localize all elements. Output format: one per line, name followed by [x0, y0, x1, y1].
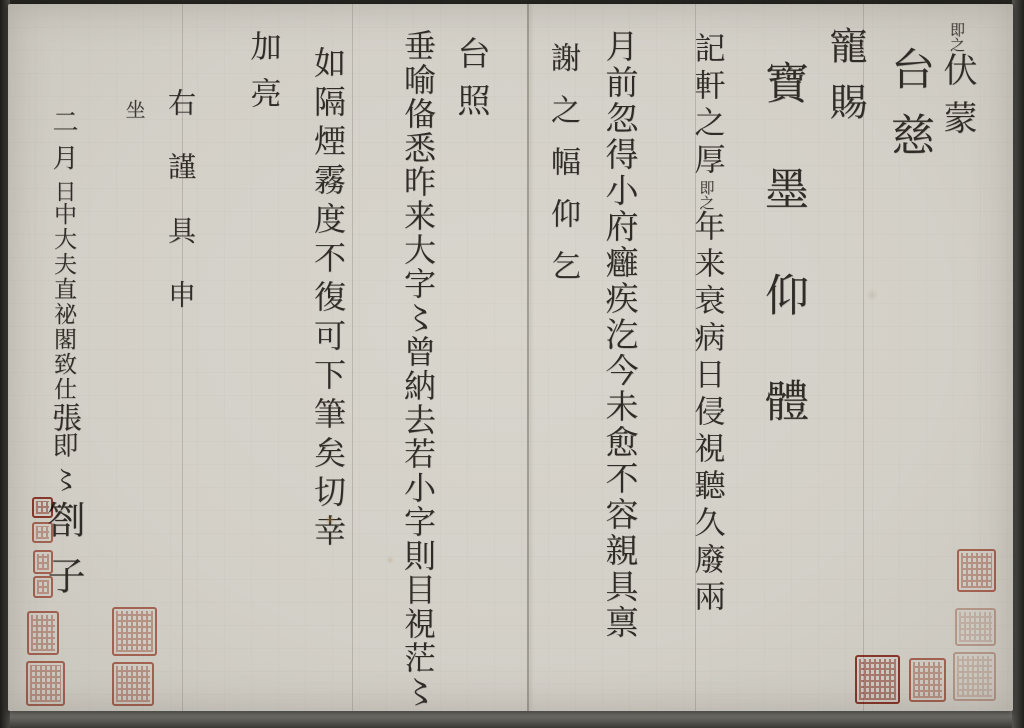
calligraphy-text: 垂喻俻悉昨来大字〻曾納去若小字則目視茫〻 — [399, 29, 437, 709]
seal-impression-left-strip-seal-2 — [32, 522, 53, 543]
calligraphy-column-col-7: 謝之幅仰乞 — [547, 42, 577, 302]
seal-glyph-pattern — [31, 615, 55, 651]
calligraphy-column-col-11: 加亮 — [247, 30, 278, 124]
seal-glyph-pattern — [957, 656, 992, 697]
photo-of-manuscript: 即之伏蒙台慈寵賜寶墨仰體記軒之厚即之年来衰病日侵視聽久廢兩月前忽得小府癰疾汔今未… — [0, 0, 1024, 728]
calligraphy-column-col-1: 即之伏蒙 — [940, 22, 974, 148]
seal-glyph-pattern — [37, 580, 49, 594]
calligraphy-text: 即之 — [698, 180, 716, 210]
paper-stain — [866, 289, 878, 301]
calligraphy-text: 寵賜 — [823, 26, 867, 138]
seal-impression-left-strip-seal-6 — [26, 661, 65, 706]
fold-line — [352, 4, 353, 711]
calligraphy-text: 年来衰病日侵視聽久廢兩 — [689, 210, 725, 617]
calligraphy-column-col-3: 寵賜 — [826, 26, 864, 138]
calligraphy-text: 二月 — [48, 108, 78, 180]
calligraphy-text: 日 — [51, 180, 76, 202]
calligraphy-text: 寶墨仰體 — [757, 60, 808, 484]
calligraphy-text: 台照 — [453, 36, 492, 130]
calligraphy-text: 如隔煙霧度不復可下筆矣切幸 — [309, 46, 347, 553]
seal-impression-left-strip-seal-4 — [33, 576, 53, 598]
calligraphy-text: 台慈 — [883, 46, 934, 178]
calligraphy-column-col-4: 寶墨仰體 — [760, 60, 804, 484]
seal-impression-bottom-right-seal-2 — [909, 658, 946, 702]
seal-glyph-pattern — [37, 554, 49, 570]
seal-glyph-pattern — [30, 665, 61, 702]
seal-impression-left-strip-seal-3 — [33, 550, 53, 574]
calligraphy-text: 中大夫直祕閣致仕 — [50, 202, 76, 402]
calligraphy-text: 加亮 — [245, 30, 281, 124]
seal-impression-signature-seal-upper — [112, 607, 157, 656]
calligraphy-text: 月前忽得小府癰疾汔今未愈不容親具禀 — [601, 29, 640, 641]
seal-impression-left-strip-seal-5 — [27, 611, 59, 655]
seal-glyph-pattern — [36, 501, 49, 514]
seal-impression-signature-seal-lower — [112, 662, 154, 706]
seal-impression-right-edge-seal-1 — [957, 549, 996, 592]
calligraphy-column-col-14: 二月日中大夫直祕閣致仕張即〻劄子 — [44, 108, 116, 612]
calligraphy-column-col-2: 台慈 — [886, 46, 930, 178]
calligraphy-column-col-12: 坐 — [124, 99, 144, 119]
calligraphy-column-col-5: 記軒之厚即之年来衰病日侵視聽久廢兩 — [691, 32, 722, 617]
seal-impression-right-edge-seal-2 — [955, 608, 996, 646]
manuscript-paper: 即之伏蒙台慈寵賜寶墨仰體記軒之厚即之年来衰病日侵視聽久廢兩月前忽得小府癰疾汔今未… — [8, 4, 1013, 711]
calligraphy-text: 右謹具申 — [164, 88, 197, 344]
calligraphy-column-col-9: 垂喻俻悉昨来大字〻曾納去若小字則目視茫〻 — [402, 29, 434, 709]
seal-glyph-pattern — [961, 553, 992, 588]
seal-impression-bottom-right-seal-1 — [855, 655, 900, 704]
calligraphy-text: 伏蒙 — [937, 52, 977, 148]
calligraphy-text: 坐 — [122, 99, 146, 119]
calligraphy-text: 張 — [46, 402, 81, 432]
seal-glyph-pattern — [959, 612, 992, 642]
calligraphy-column-col-6: 月前忽得小府癰疾汔今未愈不容親具禀 — [604, 29, 637, 641]
calligraphy-text: 記軒之厚 — [689, 32, 725, 180]
calligraphy-column-col-8: 台照 — [456, 36, 489, 130]
seal-glyph-pattern — [36, 526, 49, 539]
seal-impression-left-strip-seal-1 — [32, 497, 53, 518]
seal-glyph-pattern — [913, 662, 942, 698]
seal-impression-bottom-right-seal-3 — [953, 652, 996, 701]
calligraphy-column-col-10: 如隔煙霧度不復可下筆矣切幸 — [312, 46, 344, 553]
fold-line — [527, 4, 529, 711]
calligraphy-text: 即之 — [948, 22, 966, 52]
calligraphy-column-col-13: 右謹具申 — [166, 88, 194, 344]
photo-backdrop-right — [1012, 0, 1024, 728]
seal-glyph-pattern — [116, 666, 150, 702]
calligraphy-text: 即〻 — [50, 431, 76, 501]
paper-stain — [386, 556, 394, 564]
calligraphy-text: 謝之幅仰乞 — [545, 42, 580, 302]
seal-glyph-pattern — [859, 659, 896, 700]
seal-glyph-pattern — [116, 611, 153, 652]
